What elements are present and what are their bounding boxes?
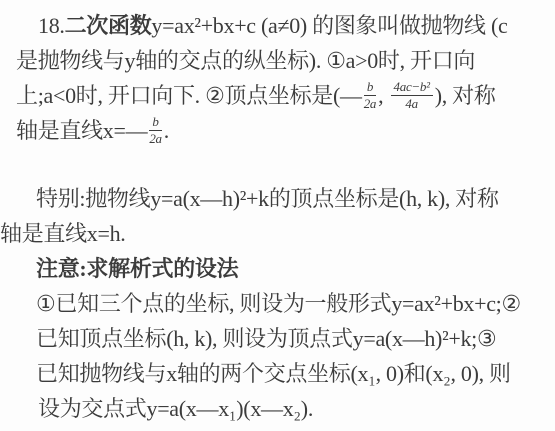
item-18-line-2: 是抛物线与y轴的交点的纵坐标). ①a>0时, 开口向 — [0, 43, 555, 78]
text-run: 轴是直线x=— — [16, 118, 147, 143]
text-run: y=ax²+bx+c (a≠0) 的图象叫做抛物线 (c — [151, 13, 507, 38]
text-run: 设为交点式y=a(x—x₁)(x—x₂). — [38, 396, 313, 421]
item-18-line-3: 上;a<0时, 开口向下. ②顶点坐标是(—b2a, 4ac−b²4a), 对称 — [0, 78, 555, 113]
fraction-numerator: b — [149, 115, 161, 131]
special-note-line-2: 轴是直线x=h. — [0, 216, 555, 251]
method-line-2: 已知顶点坐标(h, k), 则设为顶点式y=a(x—h)²+k;③ — [0, 321, 555, 356]
fraction: b2a — [364, 80, 376, 111]
notice-heading: 注意:求解析式的设法 — [0, 251, 555, 286]
text-run: 轴是直线x=h. — [0, 221, 126, 246]
special-note-line-1: 特别:抛物线y=a(x—h)²+k的顶点坐标是(h, k), 对称 — [0, 181, 555, 216]
method-line-3: 已知抛物线与x轴的两个交点坐标(x₁, 0)和(x₂, 0), 则 — [0, 356, 555, 391]
fraction: b2a — [149, 115, 161, 146]
fraction-denominator: 4a — [391, 96, 433, 111]
text-run: ), 对称 — [435, 83, 496, 108]
text-run: . — [164, 118, 169, 143]
text-run: 已知抛物线与x轴的两个交点坐标(x₁, 0)和(x₂, 0), 则 — [36, 361, 511, 386]
text-run: 18. — [38, 13, 65, 38]
document-body: 18.二次函数y=ax²+bx+c (a≠0) 的图象叫做抛物线 (c是抛物线与… — [0, 0, 555, 431]
text-run: , — [378, 83, 388, 108]
text-run: 已知顶点坐标(h, k), 则设为顶点式y=a(x—h)²+k;③ — [36, 326, 496, 351]
method-line-1: ①已知三个点的坐标, 则设为一般形式y=ax²+bx+c;② — [0, 286, 555, 321]
fraction: 4ac−b²4a — [391, 80, 433, 111]
text-run: 特别:抛物线y=a(x—h)²+k的顶点坐标是(h, k), 对称 — [36, 186, 499, 211]
item-18-line-4: 轴是直线x=—b2a. — [0, 113, 555, 148]
fraction-denominator: 2a — [149, 131, 161, 146]
bold-run: 注意:求解析式的设法 — [36, 256, 238, 281]
item-18-line-1: 18.二次函数y=ax²+bx+c (a≠0) 的图象叫做抛物线 (c — [0, 8, 555, 43]
bold-run: 二次函数 — [65, 13, 152, 38]
method-line-4: 设为交点式y=a(x—x₁)(x—x₂). — [0, 391, 555, 426]
text-run: ①已知三个点的坐标, 则设为一般形式y=ax²+bx+c;② — [36, 291, 521, 316]
fraction-numerator: b — [364, 80, 376, 96]
text-run: 上;a<0时, 开口向下. ②顶点坐标是(— — [16, 83, 362, 108]
fraction-denominator: 2a — [364, 96, 376, 111]
fraction-numerator: 4ac−b² — [391, 80, 433, 96]
text-run: 是抛物线与y轴的交点的纵坐标). ①a>0时, 开口向 — [16, 48, 475, 73]
